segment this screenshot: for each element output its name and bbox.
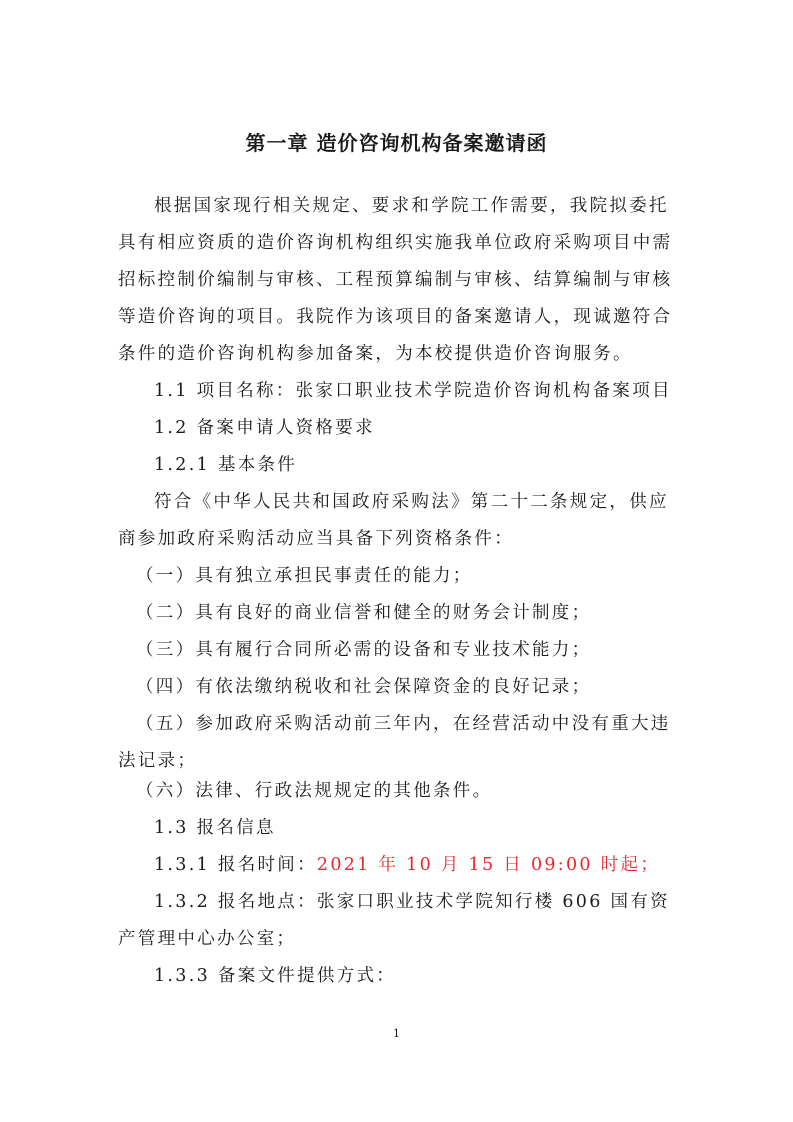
section-1-3-2: 1.3.2 报名地点：张家口职业技术学院知行楼 606 国有资产管理中心办公室； [118,884,678,958]
condition-5: （五）参加政府采购活动前三年内，在经营活动中没有重大违法记录； [118,706,678,780]
section-1-2: 1.2 备案申请人资格要求 [118,410,678,447]
condition-6: （六）法律、行政法规规定的其他条件。 [118,773,678,810]
page-number: 1 [0,1027,793,1040]
intro-paragraph: 根据国家现行相关规定、要求和学院工作需要，我院拟委托具有相应资质的造价咨询机构组… [118,188,678,373]
section-1-1: 1.1 项目名称：张家口职业技术学院造价咨询机构备案项目 [118,373,678,410]
registration-time-label: 1.3.1 报名时间： [154,855,317,875]
chapter-title: 第一章 造价咨询机构备案邀请函 [0,127,793,156]
section-1-2-1: 1.2.1 基本条件 [118,447,678,484]
section-1-3-1: 1.3.1 报名时间：2021 年 10 月 15 日 09:00 时起； [118,847,678,884]
condition-1: （一）具有独立承担民事责任的能力； [118,558,678,595]
section-1-3: 1.3 报名信息 [118,810,678,847]
law-paragraph: 符合《中华人民共和国政府采购法》第二十二条规定，供应商参加政府采购活动应当具备下… [118,484,678,558]
registration-time-value: 2021 年 10 月 15 日 09:00 时起； [317,855,660,875]
condition-4: （四）有依法缴纳税收和社会保障资金的良好记录； [118,669,678,706]
condition-3: （三）具有履行合同所必需的设备和专业技术能力； [118,632,678,669]
condition-2: （二）具有良好的商业信誉和健全的财务会计制度； [118,595,678,632]
section-1-3-3: 1.3.3 备案文件提供方式： [118,958,678,995]
